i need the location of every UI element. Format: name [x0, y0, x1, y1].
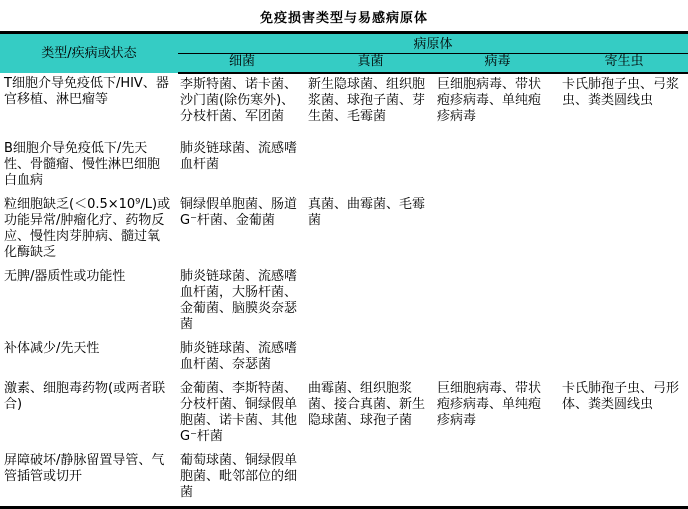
- cell-virus: [435, 266, 560, 338]
- cell-fungi: 曲霉菌、组织胞浆菌、接合真菌、新生隐球菌、球孢子菌: [306, 378, 435, 450]
- cell-parasite: [560, 194, 688, 266]
- immune-damage-pathogen-table: 类型/疾病或状态 病原体 细菌 真菌 病毒 寄生虫 T细胞介导免疫低下/HIV、…: [0, 31, 688, 509]
- cell-virus: 巨细胞病毒、带状疱疹病毒、单纯疱疹病毒: [435, 378, 560, 450]
- cell-type: 激素、细胞毒药物(或两者联合): [0, 378, 178, 450]
- cell-parasite: [560, 138, 688, 194]
- table-row: 激素、细胞毒药物(或两者联合) 金葡菌、李斯特菌、分枝杆菌、铜绿假单胞菌、诺卡菌…: [0, 378, 688, 450]
- cell-parasite: [560, 450, 688, 508]
- cell-parasite: [560, 266, 688, 338]
- cell-parasite: [560, 338, 688, 378]
- cell-bacteria: 肺炎链球菌、流感嗜血杆菌: [178, 138, 306, 194]
- cell-bacteria: 铜绿假单胞菌、肠道G⁻杆菌、金葡菌: [178, 194, 306, 266]
- table-row: 补体减少/先天性 肺炎链球菌、流感嗜血杆菌、奈瑟菌: [0, 338, 688, 378]
- cell-type: 屏障破坏/静脉留置导管、气管插管或切开: [0, 450, 178, 508]
- column-header-parasite: 寄生虫: [560, 54, 688, 74]
- table-row: 无脾/器质性或功能性 肺炎链球菌、流感嗜血杆菌，大肠杆菌、金葡菌、脑膜炎奈瑟菌: [0, 266, 688, 338]
- cell-type: 无脾/器质性或功能性: [0, 266, 178, 338]
- cell-parasite: 卡氏肺孢子虫、弓形体、粪类圆线虫: [560, 378, 688, 450]
- column-header-bacteria: 细菌: [178, 54, 306, 74]
- cell-bacteria: 肺炎链球菌、流感嗜血杆菌、奈瑟菌: [178, 338, 306, 378]
- column-header-pathogen: 病原体: [178, 33, 688, 54]
- cell-virus: [435, 338, 560, 378]
- cell-virus: [435, 194, 560, 266]
- cell-bacteria: 李斯特菌、诺卡菌、沙门菌(除伤寒外)、分枝杆菌、军团菌: [178, 73, 306, 138]
- cell-fungi: [306, 450, 435, 508]
- column-header-fungi: 真菌: [306, 54, 435, 74]
- table-row: B细胞介导免疫低下/先天性、骨髓瘤、慢性淋巴细胞白血病 肺炎链球菌、流感嗜血杆菌: [0, 138, 688, 194]
- cell-fungi: 真菌、曲霉菌、毛霉菌: [306, 194, 435, 266]
- page: 免疫损害类型与易感病原体 类型/疾病或状态 病原体 细菌 真菌 病毒 寄生虫 T…: [0, 0, 688, 509]
- cell-bacteria: 葡萄球菌、铜绿假单胞菌、毗邻部位的细菌: [178, 450, 306, 508]
- cell-virus: 巨细胞病毒、带状疱疹病毒、单纯疱疹病毒: [435, 73, 560, 138]
- column-header-type: 类型/疾病或状态: [0, 33, 178, 74]
- table-body: T细胞介导免疫低下/HIV、器官移植、淋巴瘤等 李斯特菌、诺卡菌、沙门菌(除伤寒…: [0, 73, 688, 508]
- column-header-virus: 病毒: [435, 54, 560, 74]
- cell-type: 粒细胞缺乏(＜0.5×10⁹/L)或功能异常/肿瘤化疗、药物反应、慢性肉芽肿病、…: [0, 194, 178, 266]
- cell-type: B细胞介导免疫低下/先天性、骨髓瘤、慢性淋巴细胞白血病: [0, 138, 178, 194]
- cell-bacteria: 肺炎链球菌、流感嗜血杆菌，大肠杆菌、金葡菌、脑膜炎奈瑟菌: [178, 266, 306, 338]
- cell-virus: [435, 450, 560, 508]
- table-header: 类型/疾病或状态 病原体 细菌 真菌 病毒 寄生虫: [0, 33, 688, 74]
- table-row: T细胞介导免疫低下/HIV、器官移植、淋巴瘤等 李斯特菌、诺卡菌、沙门菌(除伤寒…: [0, 73, 688, 138]
- cell-parasite: 卡氏肺孢子虫、弓浆虫、粪类圆线虫: [560, 73, 688, 138]
- cell-fungi: [306, 338, 435, 378]
- cell-type: 补体减少/先天性: [0, 338, 178, 378]
- table-title: 免疫损害类型与易感病原体: [0, 0, 688, 31]
- table-row: 屏障破坏/静脉留置导管、气管插管或切开 葡萄球菌、铜绿假单胞菌、毗邻部位的细菌: [0, 450, 688, 508]
- cell-fungi: [306, 266, 435, 338]
- table-row: 粒细胞缺乏(＜0.5×10⁹/L)或功能异常/肿瘤化疗、药物反应、慢性肉芽肿病、…: [0, 194, 688, 266]
- cell-virus: [435, 138, 560, 194]
- cell-fungi: [306, 138, 435, 194]
- cell-fungi: 新生隐球菌、组织胞浆菌、球孢子菌、芽生菌、毛霉菌: [306, 73, 435, 138]
- cell-type: T细胞介导免疫低下/HIV、器官移植、淋巴瘤等: [0, 73, 178, 138]
- cell-bacteria: 金葡菌、李斯特菌、分枝杆菌、铜绿假单胞菌、诺卡菌、其他G⁻杆菌: [178, 378, 306, 450]
